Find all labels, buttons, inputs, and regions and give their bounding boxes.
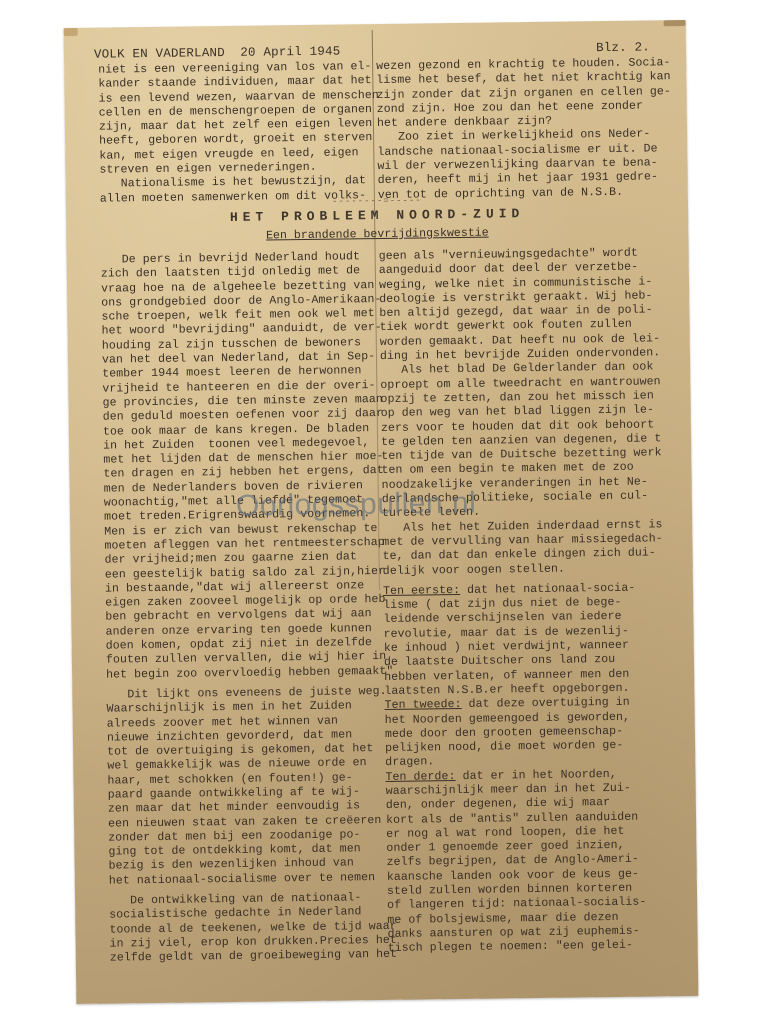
point-text: dat deze overtuiging in [462,696,630,711]
text-line: zelfde geldt van de groeibeweging van he… [110,948,397,966]
publication-date: 20 April 1945 [240,44,340,59]
body-left-column: De pers in bevrijd Nederland houdtzich d… [101,250,398,966]
page-number: Blz. 2. [596,40,650,55]
point-text: dat het nationaal-socia- [460,582,635,597]
point-label: Ten derde: [385,770,455,784]
point-label: Ten tweede: [384,698,461,712]
top-left-column: niet is een vereeniging van los van el-k… [98,60,380,207]
article-subtitle-wrap: Een brandende bevrijdingskwestie [66,224,688,245]
publication-name: VOLK EN VADERLAND [94,46,225,62]
point-text: dat er in het Noorden, [455,768,616,783]
top-right-column: wezen gezond en krachtig te houden. Soci… [376,56,672,203]
watermark: Oorlogsspullen.nl [236,486,477,523]
body-right-column: geen als "vernieuwingsgedachte" wordtaan… [379,246,669,956]
point-label: Ten eerste: [383,584,460,598]
publication-and-date: VOLK EN VADERLAND 20 April 1945 [94,44,341,61]
text-line: tisch plegen te noemen: "een gelei- [388,939,668,957]
article-subtitle: Een brandende bevrijdingskwestie [266,227,489,243]
